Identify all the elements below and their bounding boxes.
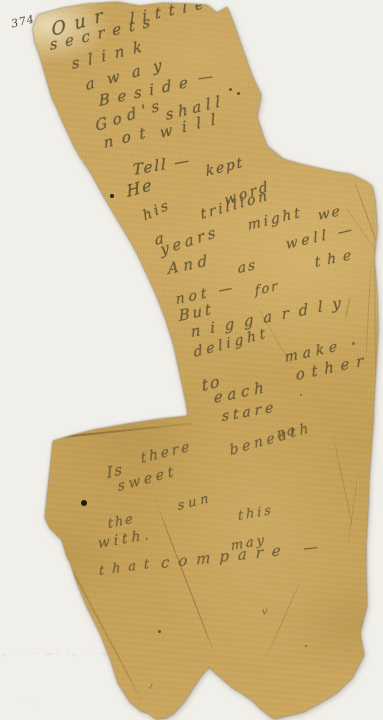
ink-dot xyxy=(81,500,87,506)
manuscript-scan: 374 ‥· · ·· ―· ·‥ ·· ― · ‥ Ourlittlesecr… xyxy=(0,0,383,720)
paper-surface: Ourlittlesecretsslinkaway—BesideGod'ssha… xyxy=(0,0,383,720)
ink-dot-layer xyxy=(0,0,383,720)
ink-dot xyxy=(158,630,161,633)
ink-dot xyxy=(352,342,355,345)
ink-dot xyxy=(305,645,307,647)
scan-backing: 374 ‥· · ·· ―· ·‥ ·· ― · ‥ Ourlittlesecr… xyxy=(0,0,383,720)
ink-dot xyxy=(267,117,270,120)
ink-dot xyxy=(229,88,232,91)
ink-dot xyxy=(300,394,302,396)
manuscript-fragment: Ourlittlesecretsslinkaway—BesideGod'ssha… xyxy=(0,0,383,720)
ink-dot xyxy=(237,92,240,95)
ink-dot xyxy=(110,194,114,198)
